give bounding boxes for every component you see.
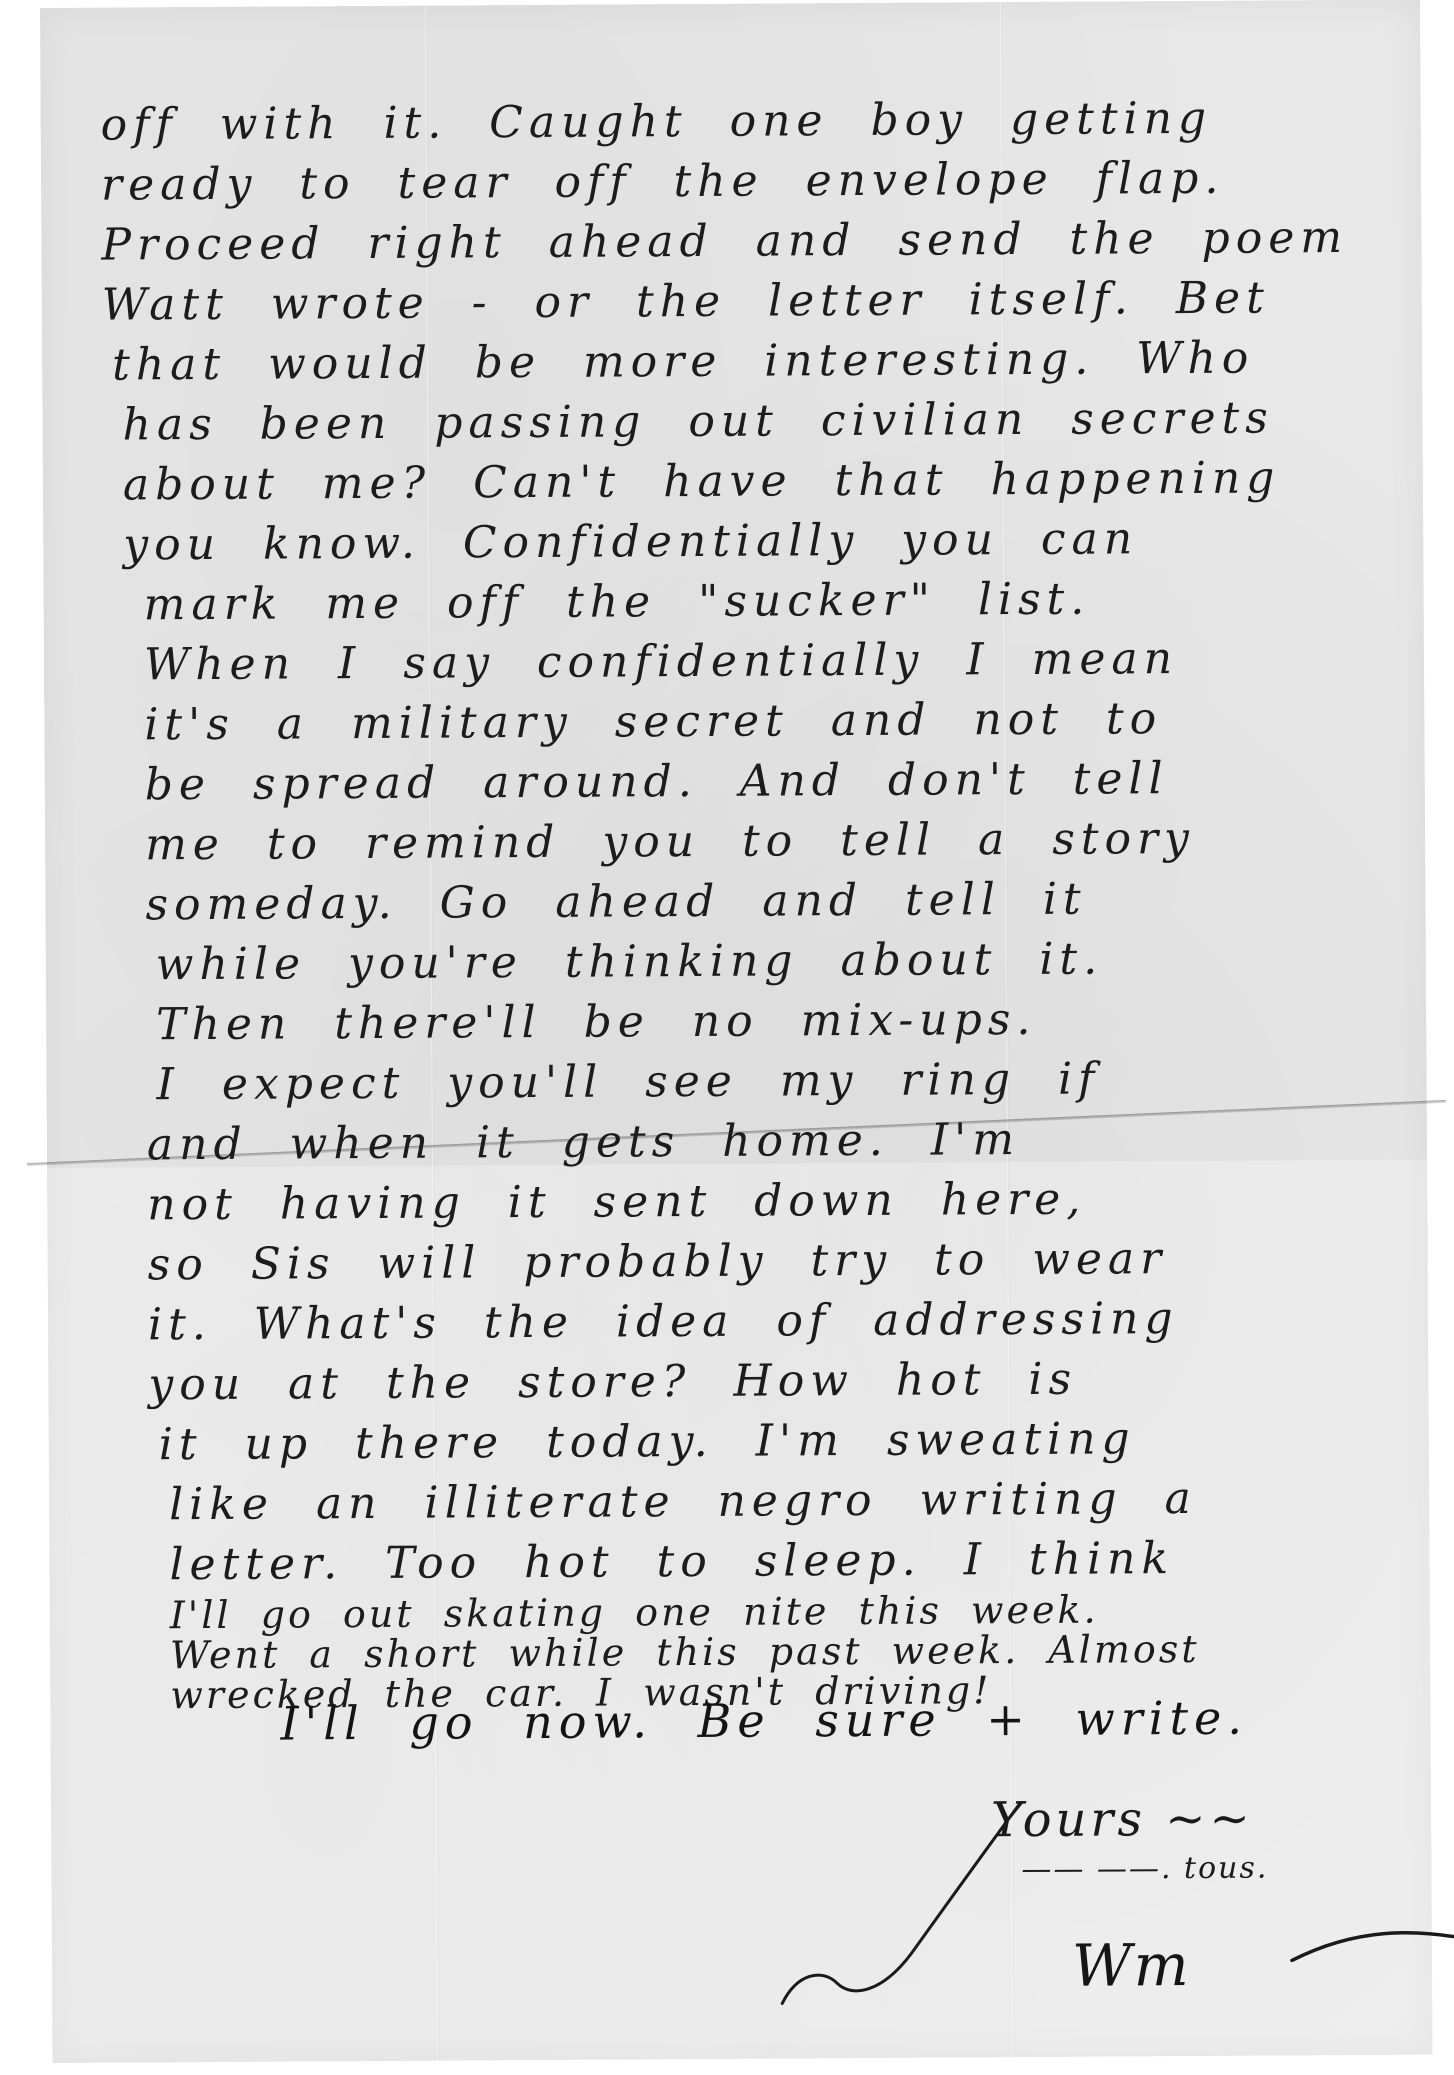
letter-line: ready to tear off the envelope flap. (101, 148, 1341, 216)
letter-line: it's a military secret and not to (104, 688, 1344, 756)
letter-line: not having it sent down here, (107, 1168, 1347, 1236)
letter-line: off with it. Caught one boy getting (101, 88, 1341, 156)
letter-line: that would be more interesting. Who (102, 328, 1342, 396)
letter-line: Proceed right ahead and send the poem (101, 208, 1341, 276)
letter-line: Went a short while this past week. Almos… (110, 1628, 1350, 1676)
letter-body: off with it. Caught one boy gettingready… (101, 88, 1351, 1716)
letter-line: I expect you'll see my ring if (106, 1048, 1346, 1116)
letter-line: When I say confidentially I mean (104, 628, 1344, 696)
letter-line: you know. Confidentially you can (103, 508, 1343, 576)
letter-paper: off with it. Caught one boy gettingready… (40, 0, 1433, 2063)
letter-line: you at the store? How hot is (108, 1348, 1348, 1416)
letter-line: has been passing out civilian secrets (102, 388, 1342, 456)
letter-line: mark me off the "sucker" list. (103, 568, 1343, 636)
signature: Wm (1072, 1931, 1191, 2000)
letter-line: and when it gets home. I'm (107, 1108, 1347, 1176)
closing-line: I'll go now. Be sure + write. (280, 1691, 1248, 1751)
letter-line: be spread around. And don't tell (105, 748, 1345, 816)
letter-line: it. What's the idea of addressing (108, 1288, 1348, 1356)
letter-line: like an illiterate negro writing a (109, 1468, 1349, 1536)
letter-line: while you're thinking about it. (106, 928, 1346, 996)
letter-line: Watt wrote - or the letter itself. Bet (102, 268, 1342, 336)
letter-line: someday. Go ahead and tell it (105, 868, 1345, 936)
letter-line: so Sis will probably try to wear (108, 1228, 1348, 1296)
letter-line: about me? Can't have that happening (103, 448, 1343, 516)
letter-line: it up there today. I'm sweating (109, 1408, 1349, 1476)
letter-line: Then there'll be no mix-ups. (106, 988, 1346, 1056)
letter-line: letter. Too hot to sleep. I think (109, 1528, 1349, 1596)
letter-line: me to remind you to tell a story (105, 808, 1345, 876)
